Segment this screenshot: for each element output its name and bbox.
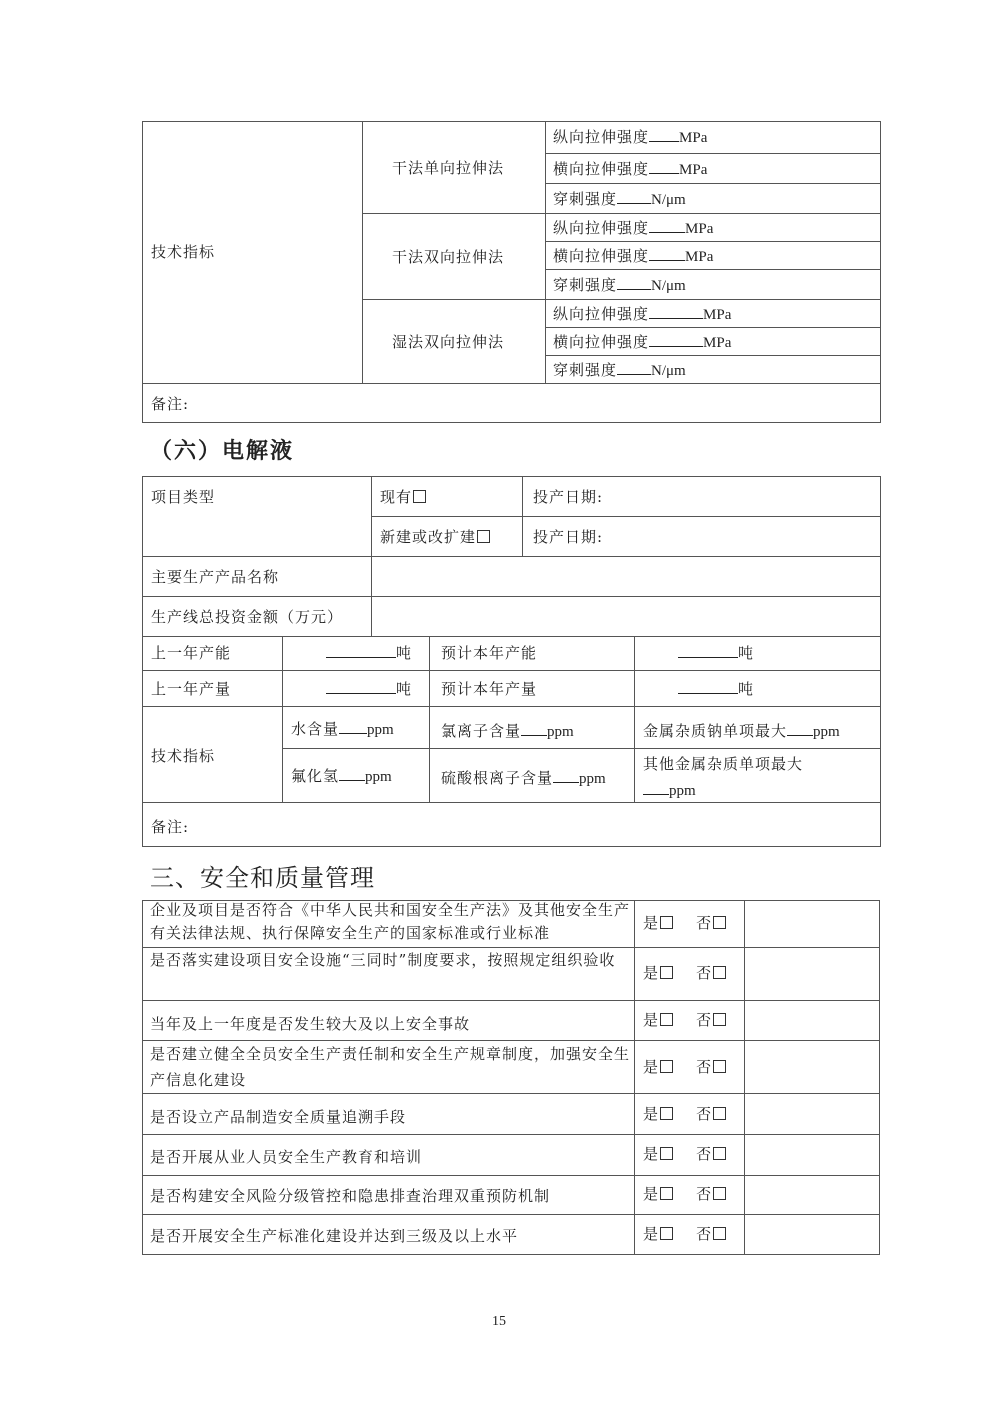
spec-unit: N/μm xyxy=(651,278,686,294)
fill-blank[interactable] xyxy=(649,332,703,347)
spec-label: 横向拉伸强度 xyxy=(553,333,649,351)
tech-spec-label: 技术指标 xyxy=(151,242,215,262)
no-checkbox[interactable] xyxy=(713,916,726,929)
section-heading-electrolyte: （六）电解液 xyxy=(150,434,294,465)
yes-checkbox[interactable] xyxy=(660,966,673,979)
spec-label: 横向拉伸强度 xyxy=(553,160,649,178)
tech-item-other-metal: 其他金属杂质单项最大ppm xyxy=(643,751,875,804)
table-divider xyxy=(634,900,635,1255)
spec-unit: MPa xyxy=(685,249,713,265)
method-name: 干法双向拉伸法 xyxy=(392,247,504,267)
unit-label: 吨 xyxy=(738,680,754,698)
tech-item-hf: 氟化氢ppm xyxy=(291,766,392,787)
yes-no-options: 是 否 xyxy=(643,963,726,983)
output-last-label: 上一年产量 xyxy=(151,679,231,699)
table-divider xyxy=(371,476,372,636)
table-divider xyxy=(545,121,546,383)
table-divider xyxy=(545,327,881,328)
existing-date-field[interactable] xyxy=(610,480,875,512)
table-border xyxy=(142,476,143,847)
tech-item-water: 水含量ppm xyxy=(291,719,394,740)
spec-label: 其他金属杂质单项最大 xyxy=(643,755,803,773)
existing-label: 现有 xyxy=(380,488,412,506)
spec-label: 金属杂质钠单项最大 xyxy=(643,722,787,740)
spec-unit: ppm xyxy=(365,769,392,785)
notes-label: 备注: xyxy=(151,817,189,837)
table-divider xyxy=(142,556,881,557)
yes-checkbox[interactable] xyxy=(660,1060,673,1073)
no-label: 否 xyxy=(696,1225,712,1243)
no-label: 否 xyxy=(696,1185,712,1203)
fill-blank[interactable] xyxy=(326,679,396,694)
no-checkbox[interactable] xyxy=(713,1060,726,1073)
yes-no-options: 是 否 xyxy=(643,1010,726,1030)
safety-remark-field[interactable] xyxy=(748,1096,876,1132)
table-border xyxy=(142,383,881,384)
no-label: 否 xyxy=(696,1058,712,1076)
new-option[interactable]: 新建或改扩建 xyxy=(380,527,490,547)
spec-label: 纵向拉伸强度 xyxy=(553,219,649,237)
table-divider xyxy=(142,1175,880,1176)
table-border xyxy=(142,1254,880,1255)
notes-label: 备注: xyxy=(151,394,189,414)
fill-blank[interactable] xyxy=(678,643,738,658)
output-last-value: 吨 xyxy=(326,679,412,699)
investment-field[interactable] xyxy=(380,607,875,631)
yes-checkbox[interactable] xyxy=(660,1013,673,1026)
unit-label: 吨 xyxy=(738,644,754,662)
yes-checkbox[interactable] xyxy=(660,916,673,929)
table-border xyxy=(142,422,881,423)
tech-item-sulfate: 硫酸根离子含量ppm xyxy=(441,768,606,789)
yes-label: 是 xyxy=(643,914,659,932)
yes-checkbox[interactable] xyxy=(660,1187,673,1200)
no-label: 否 xyxy=(696,1105,712,1123)
table-divider xyxy=(142,596,881,597)
spec-unit: ppm xyxy=(547,724,574,740)
yes-no-options: 是 否 xyxy=(643,1057,726,1077)
yes-checkbox[interactable] xyxy=(660,1147,673,1160)
no-label: 否 xyxy=(696,1011,712,1029)
table-divider xyxy=(362,213,881,214)
spec-unit: MPa xyxy=(703,335,731,351)
new-checkbox[interactable] xyxy=(477,530,490,543)
table-border xyxy=(880,121,881,423)
safety-question: 是否开展从业人员安全生产教育和培训 xyxy=(150,1147,422,1167)
spec-item: 纵向拉伸强度MPa xyxy=(553,218,713,239)
new-date-field[interactable] xyxy=(610,520,875,552)
yes-no-options: 是 否 xyxy=(643,1144,726,1164)
yes-label: 是 xyxy=(643,1225,659,1243)
table-divider xyxy=(142,670,881,671)
spec-item: 横向拉伸强度MPa xyxy=(553,159,707,180)
fill-blank[interactable] xyxy=(678,679,738,694)
investment-label: 生产线总投资金额（万元） xyxy=(151,607,343,627)
yes-label: 是 xyxy=(643,1058,659,1076)
fill-blank[interactable] xyxy=(521,721,547,736)
spec-item: 穿刺强度N/μm xyxy=(553,275,686,296)
spec-label: 穿刺强度 xyxy=(553,361,617,379)
table-divider xyxy=(545,269,881,270)
fill-blank[interactable] xyxy=(326,643,396,658)
yes-no-options: 是 否 xyxy=(643,1224,726,1244)
no-checkbox[interactable] xyxy=(713,1107,726,1120)
fill-blank[interactable] xyxy=(787,721,813,736)
table-divider xyxy=(545,153,881,154)
spec-label: 纵向拉伸强度 xyxy=(553,128,649,146)
spec-unit: ppm xyxy=(813,724,840,740)
table-divider xyxy=(142,1093,880,1094)
tech-item-chloride: 氯离子含量ppm xyxy=(441,721,574,742)
no-checkbox[interactable] xyxy=(713,1013,726,1026)
table-divider xyxy=(142,706,881,707)
safety-question: 企业及项目是否符合《中华人民共和国安全生产法》及其他安全生产有关法律法规、执行保… xyxy=(150,899,632,945)
unit-label: 吨 xyxy=(396,644,412,662)
fill-blank[interactable] xyxy=(553,768,579,783)
output-next-value: 吨 xyxy=(678,679,754,699)
no-checkbox[interactable] xyxy=(713,966,726,979)
spec-label: 穿刺强度 xyxy=(553,190,617,208)
spec-unit: N/μm xyxy=(651,363,686,379)
fill-blank[interactable] xyxy=(339,719,367,734)
table-divider xyxy=(545,241,881,242)
spec-label: 纵向拉伸强度 xyxy=(553,305,649,323)
yes-label: 是 xyxy=(643,1105,659,1123)
method-name: 干法单向拉伸法 xyxy=(392,158,504,178)
safety-remark-field[interactable] xyxy=(748,1178,876,1212)
fill-blank[interactable] xyxy=(649,159,679,174)
table-divider xyxy=(142,636,881,637)
tech-spec-label: 技术指标 xyxy=(151,746,215,766)
capacity-last-label: 上一年产能 xyxy=(151,643,231,663)
table-divider xyxy=(371,516,881,517)
spec-unit: MPa xyxy=(703,307,731,323)
table-border xyxy=(142,900,143,1255)
table-border xyxy=(142,121,881,122)
no-label: 否 xyxy=(696,964,712,982)
new-date-label: 投产日期: xyxy=(533,527,603,547)
spec-item: 纵向拉伸强度MPa xyxy=(553,304,731,325)
table-divider xyxy=(362,121,363,383)
notes-field[interactable] xyxy=(200,386,870,420)
table-divider xyxy=(142,1000,880,1001)
table-divider xyxy=(522,476,523,556)
table-border xyxy=(142,476,881,477)
unit-label: 吨 xyxy=(396,680,412,698)
method-name: 湿法双向拉伸法 xyxy=(392,332,504,352)
yes-no-options: 是 否 xyxy=(643,1184,726,1204)
spec-unit: MPa xyxy=(679,130,707,146)
safety-question: 是否设立产品制造安全质量追溯手段 xyxy=(150,1107,406,1127)
table-divider xyxy=(634,636,635,802)
yes-label: 是 xyxy=(643,1011,659,1029)
main-product-label: 主要生产产品名称 xyxy=(151,567,279,587)
fill-blank[interactable] xyxy=(617,275,651,290)
spec-label: 穿刺强度 xyxy=(553,276,617,294)
no-checkbox[interactable] xyxy=(713,1147,726,1160)
table-border xyxy=(880,476,881,847)
spec-item: 横向拉伸强度MPa xyxy=(553,332,731,353)
table-divider xyxy=(429,636,430,802)
table-border xyxy=(142,121,143,423)
no-checkbox[interactable] xyxy=(713,1187,726,1200)
capacity-next-value: 吨 xyxy=(678,643,754,663)
spec-label: 氟化氢 xyxy=(291,767,339,785)
spec-unit: MPa xyxy=(685,221,713,237)
safety-remark-field[interactable] xyxy=(748,1217,876,1252)
spec-unit: ppm xyxy=(669,783,696,799)
safety-question: 是否构建安全风险分级管控和隐患排查治理双重预防机制 xyxy=(150,1186,550,1206)
table-divider xyxy=(142,1134,880,1135)
table-divider xyxy=(545,183,881,184)
spec-item: 纵向拉伸强度MPa xyxy=(553,127,707,148)
fill-blank[interactable] xyxy=(649,304,703,319)
new-label: 新建或改扩建 xyxy=(380,528,476,546)
table-divider xyxy=(142,1214,880,1215)
safety-remark-field[interactable] xyxy=(748,950,876,998)
output-next-label: 预计本年产量 xyxy=(441,679,537,699)
spec-label: 横向拉伸强度 xyxy=(553,247,649,265)
yes-no-options: 是 否 xyxy=(643,1104,726,1124)
main-product-field[interactable] xyxy=(380,567,875,591)
spec-label: 氯离子含量 xyxy=(441,722,521,740)
safety-question: 是否落实建设项目安全设施“三同时”制度要求，按照规定组织验收 xyxy=(150,947,632,973)
fill-blank[interactable] xyxy=(339,766,365,781)
fill-blank[interactable] xyxy=(649,127,679,142)
no-label: 否 xyxy=(696,1145,712,1163)
safety-question: 当年及上一年度是否发生较大及以上安全事故 xyxy=(150,1014,470,1034)
fill-blank[interactable] xyxy=(617,360,651,375)
table-divider xyxy=(545,355,881,356)
spec-unit: N/μm xyxy=(651,192,686,208)
capacity-next-label: 预计本年产能 xyxy=(441,643,537,663)
no-checkbox[interactable] xyxy=(713,1227,726,1240)
yes-label: 是 xyxy=(643,964,659,982)
no-label: 否 xyxy=(696,914,712,932)
existing-checkbox[interactable] xyxy=(413,490,426,503)
table-divider xyxy=(744,900,745,1255)
fill-blank[interactable] xyxy=(617,189,651,204)
existing-date-label: 投产日期: xyxy=(533,487,603,507)
yes-no-options: 是 否 xyxy=(643,913,726,933)
table-divider xyxy=(282,748,881,749)
safety-question: 是否开展安全生产标准化建设并达到三级及以上水平 xyxy=(150,1226,518,1246)
table-divider xyxy=(362,299,881,300)
existing-option[interactable]: 现有 xyxy=(380,487,426,507)
table-border xyxy=(142,846,881,847)
spec-unit: ppm xyxy=(367,722,394,738)
spec-item: 横向拉伸强度MPa xyxy=(553,246,713,267)
yes-label: 是 xyxy=(643,1145,659,1163)
fill-blank[interactable] xyxy=(643,780,669,795)
safety-remark-field[interactable] xyxy=(748,1003,876,1038)
table-divider xyxy=(282,636,283,802)
spec-unit: MPa xyxy=(679,162,707,178)
safety-remark-field[interactable] xyxy=(748,903,876,945)
spec-item: 穿刺强度N/μm xyxy=(553,189,686,210)
yes-checkbox[interactable] xyxy=(660,1227,673,1240)
notes-field[interactable] xyxy=(200,806,870,842)
project-type-label: 项目类型 xyxy=(151,487,215,507)
spec-label: 硫酸根离子含量 xyxy=(441,769,553,787)
yes-checkbox[interactable] xyxy=(660,1107,673,1120)
fill-blank[interactable] xyxy=(649,246,685,261)
table-border xyxy=(879,900,880,1255)
page-number: 15 xyxy=(492,1314,506,1330)
spec-item: 穿刺强度N/μm xyxy=(553,360,686,381)
spec-label: 水含量 xyxy=(291,720,339,738)
yes-label: 是 xyxy=(643,1185,659,1203)
safety-remark-field[interactable] xyxy=(748,1043,876,1091)
capacity-last-value: 吨 xyxy=(326,643,412,663)
tech-item-sodium: 金属杂质钠单项最大ppm xyxy=(643,721,840,742)
safety-remark-field[interactable] xyxy=(748,1137,876,1173)
safety-question: 是否建立健全全员安全生产责任制和安全生产规章制度，加强安全生产信息化建设 xyxy=(150,1041,632,1093)
fill-blank[interactable] xyxy=(649,218,685,233)
section-heading-safety: 三、安全和质量管理 xyxy=(150,858,375,893)
spec-unit: ppm xyxy=(579,771,606,787)
